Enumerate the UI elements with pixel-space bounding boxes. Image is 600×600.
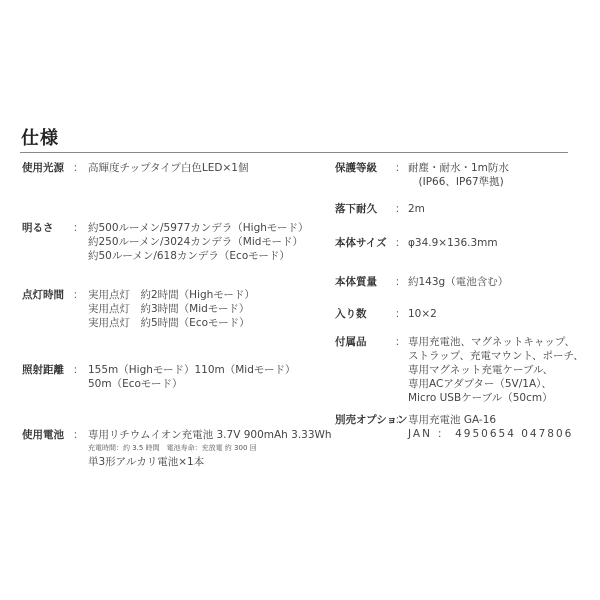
spec-colon: ： <box>73 288 84 302</box>
battery-note: 充電時間：約 3.5 時間 電池寿命：充放電 約 300 回 <box>88 442 332 455</box>
spec-label: 使用光源 <box>22 161 64 175</box>
spec-value: 2m <box>408 202 425 216</box>
spec-colon: ： <box>73 161 84 175</box>
spec-label: 本体サイズ <box>335 236 387 250</box>
spec-colon: ： <box>395 161 406 175</box>
spec-value: 耐塵・耐水・1m防水 (IP66、IP67準拠) <box>408 161 509 189</box>
spec-colon: ： <box>73 363 84 377</box>
spec-label: 入り数 <box>335 307 367 321</box>
spec-value: 専用充電池、マグネットキャップ、 ストラップ、充電マウント、ポーチ、 専用マグネ… <box>408 335 584 405</box>
spec-label: 点灯時間 <box>22 288 64 302</box>
spec-value: 実用点灯 約2時間（Highモード） 実用点灯 約3時間（Midモード） 実用点… <box>88 288 255 330</box>
page-title: 仕様 <box>21 124 59 150</box>
spec-value: 約500ルーメン/5977カンデラ（Highモード） 約250ルーメン/3024… <box>88 221 309 263</box>
spec-colon: ： <box>395 275 406 289</box>
spec-label: 明るさ <box>22 221 54 235</box>
spec-value: 専用リチウムイオン充電池 3.7V 900mAh 3.33Wh 充電時間：約 3… <box>88 428 332 469</box>
spec-value: 155m（Highモード）110m（Midモード） 50m（Ecoモード） <box>88 363 295 391</box>
spec-label: 保護等級 <box>335 161 377 175</box>
spec-value: φ34.9×136.3mm <box>408 236 498 250</box>
spec-label: 使用電池 <box>22 428 64 442</box>
spec-colon: ： <box>73 428 84 442</box>
spec-label: 付属品 <box>335 335 367 349</box>
spec-label: 落下耐久 <box>335 202 377 216</box>
spec-colon: ： <box>395 335 406 349</box>
spec-value: 専用充電池 GA-16 JAN ： 4950654 047806 <box>408 413 573 441</box>
title-divider <box>20 152 568 153</box>
spec-value: 10×2 <box>408 307 437 321</box>
spec-label: 照射距離 <box>22 363 64 377</box>
spec-value: 約143g（電池含む） <box>408 275 508 289</box>
spec-colon: ： <box>395 202 406 216</box>
spec-colon: ： <box>395 413 406 427</box>
spec-label: 本体質量 <box>335 275 377 289</box>
spec-colon: ： <box>395 307 406 321</box>
jan-code: JAN ： 4950654 047806 <box>408 427 573 441</box>
spec-value: 高輝度チップタイプ白色LED×1個 <box>88 161 248 175</box>
spec-colon: ： <box>73 221 84 235</box>
spec-colon: ： <box>395 236 406 250</box>
